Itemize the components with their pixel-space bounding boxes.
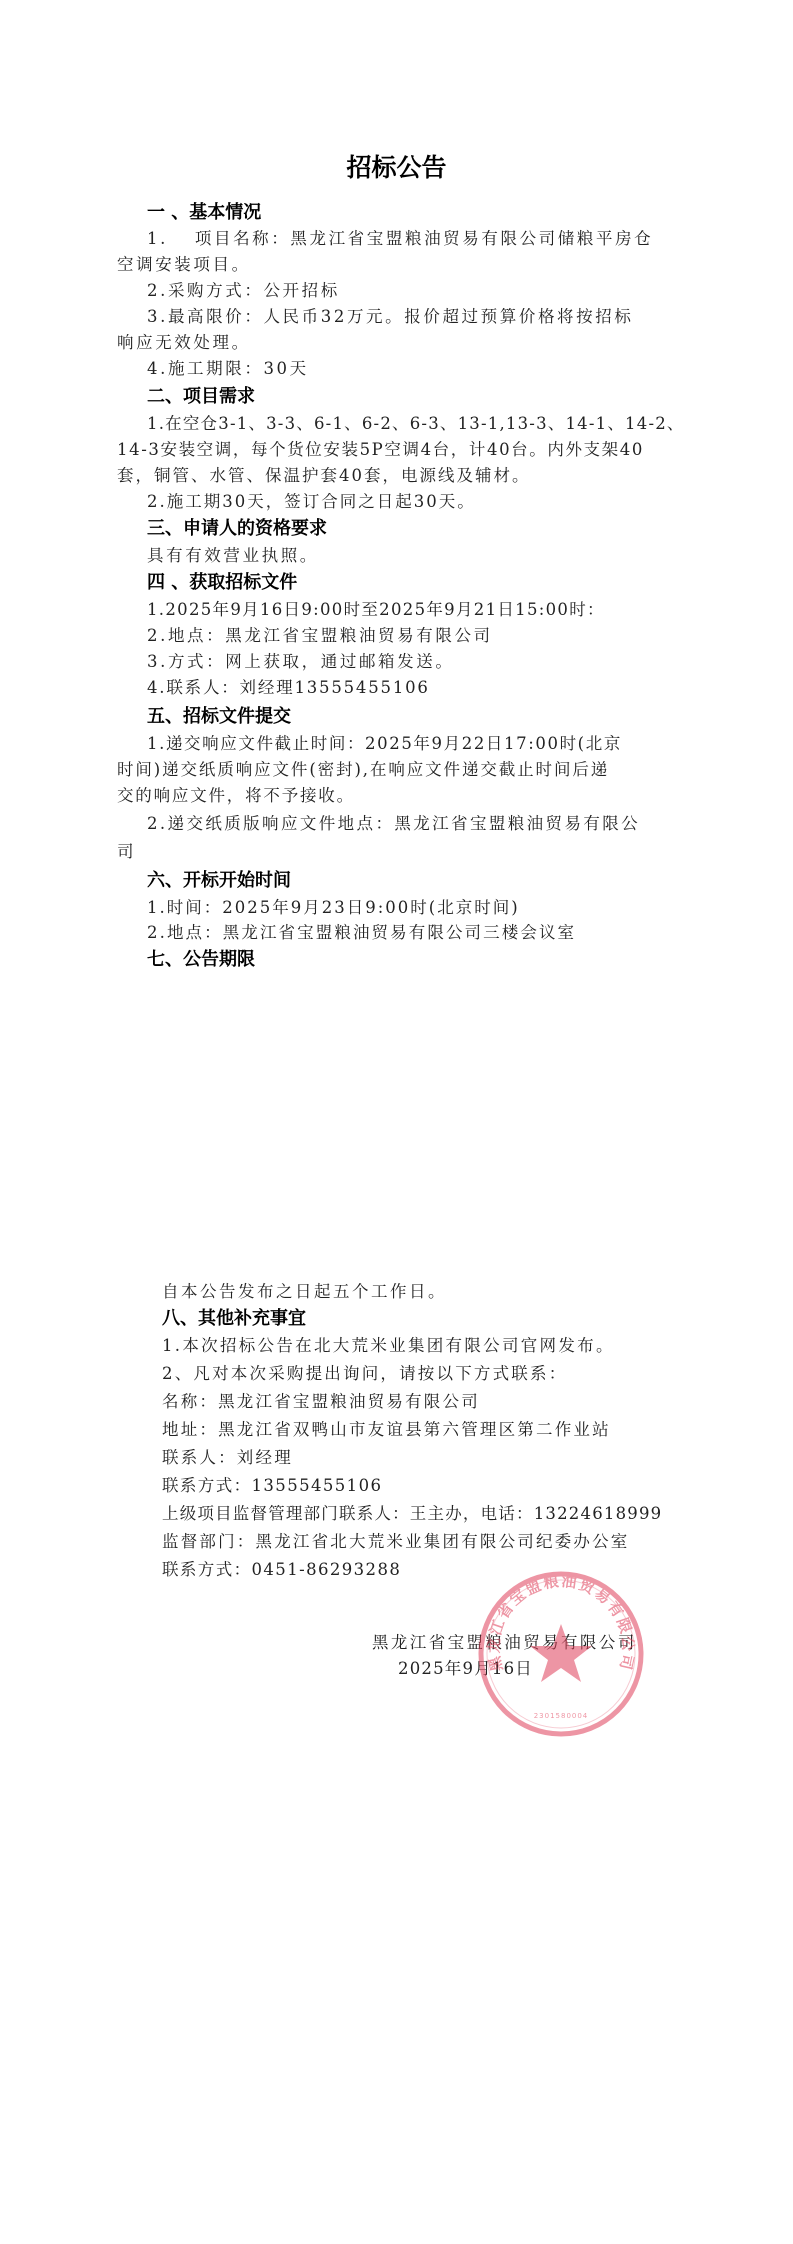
paragraph-line: 1.在空仓3-1、3-3、6-1、6-2、6-3、13-1,13-3、14-1、…: [147, 410, 685, 434]
paragraph-line: 时间)递交纸质响应文件(密封),在响应文件递交截止时间后递: [117, 756, 609, 780]
paragraph-line: 2.地点：黑龙江省宝盟粮油贸易有限公司: [147, 622, 493, 646]
paragraph-line: 3.最高限价：人民币32万元。报价超过预算价格将按招标: [147, 303, 633, 327]
signature-company: 黑龙江省宝盟粮油贸易有限公司: [372, 1629, 637, 1653]
paragraph-line: 2.递交纸质版响应文件地点：黑龙江省宝盟粮油贸易有限公: [147, 810, 640, 834]
paragraph-line: 1.递交响应文件截止时间：2025年9月22日17:00时(北京: [147, 730, 622, 754]
paragraph-line: 空调安装项目。: [117, 251, 251, 275]
paragraph-line: 联系人：刘经理: [162, 1444, 293, 1468]
section-heading-supplementary: 八、其他补充事宜: [162, 1304, 306, 1330]
paragraph-line: 司: [117, 838, 136, 862]
paragraph-line: 2.施工期30天，签订合同之日起30天。: [147, 488, 476, 512]
paragraph-line: 2.采购方式：公开招标: [147, 277, 340, 301]
paragraph-line: 自本公告发布之日起五个工作日。: [162, 1278, 447, 1302]
section-heading-opening-time: 六、开标开始时间: [147, 866, 291, 892]
paragraph-line: 联系方式：13555455106: [162, 1472, 382, 1496]
section-heading-qualifications: 三、申请人的资格要求: [147, 514, 327, 540]
paragraph-line: 具有有效营业执照。: [147, 542, 319, 566]
paragraph-line: 3.方式：网上获取，通过邮箱发送。: [147, 648, 454, 672]
paragraph-line: 1.2025年9月16日9:00时至2025年9月21日15:00时：: [147, 596, 605, 620]
signature-date: 2025年9月16日: [398, 1655, 533, 1679]
paragraph-line: 2、凡对本次采购提出询问，请按以下方式联系：: [162, 1360, 567, 1384]
paragraph-line: 交的响应文件，将不予接收。: [117, 782, 355, 806]
paragraph-line: 4.施工期限：30天: [147, 355, 309, 379]
paragraph-line: 套，铜管、水管、保温护套40套，电源线及辅材。: [117, 462, 531, 486]
svg-text:2301580004: 2301580004: [534, 1712, 589, 1720]
section-heading-submission: 五、招标文件提交: [147, 702, 291, 728]
paragraph-line: 监督部门：黑龙江省北大荒米业集团有限公司纪委办公室: [162, 1528, 630, 1552]
paragraph-line: 响应无效处理。: [117, 329, 251, 353]
section-heading-basic-info: 一 、基本情况: [147, 198, 261, 224]
paragraph-line: 名称：黑龙江省宝盟粮油贸易有限公司: [162, 1388, 480, 1412]
paragraph-line: 2.地点：黑龙江省宝盟粮油贸易有限公司三楼会议室: [147, 919, 576, 943]
paragraph-line: 1.时间：2025年9月23日9:00时(北京时间): [147, 894, 520, 918]
paragraph-line: 联系方式：0451-86293288: [162, 1556, 401, 1580]
paragraph-line: 4.联系人：刘经理13555455106: [147, 674, 430, 698]
section-heading-obtain-documents: 四 、获取招标文件: [147, 568, 297, 594]
paragraph-line: 1. 项目名称：黑龙江省宝盟粮油贸易有限公司储粮平房仓: [147, 225, 653, 249]
section-heading-notice-period: 七、公告期限: [147, 945, 255, 971]
section-heading-requirements: 二、项目需求: [147, 382, 255, 408]
company-seal-stamp-icon: 黑龙江省宝盟粮油贸易有限公司 2301580004: [475, 1568, 647, 1740]
paragraph-line: 1.本次招标公告在北大荒米业集团有限公司官网发布。: [162, 1332, 615, 1356]
paragraph-line: 地址：黑龙江省双鸭山市友谊县第六管理区第二作业站: [162, 1416, 611, 1440]
paragraph-line: 上级项目监督管理部门联系人：王主办，电话：13224618999: [162, 1500, 662, 1524]
page-title: 招标公告: [0, 148, 793, 184]
paragraph-line: 14-3安装空调，每个货位安装5P空调4台，计40台。内外支架40: [117, 436, 644, 460]
